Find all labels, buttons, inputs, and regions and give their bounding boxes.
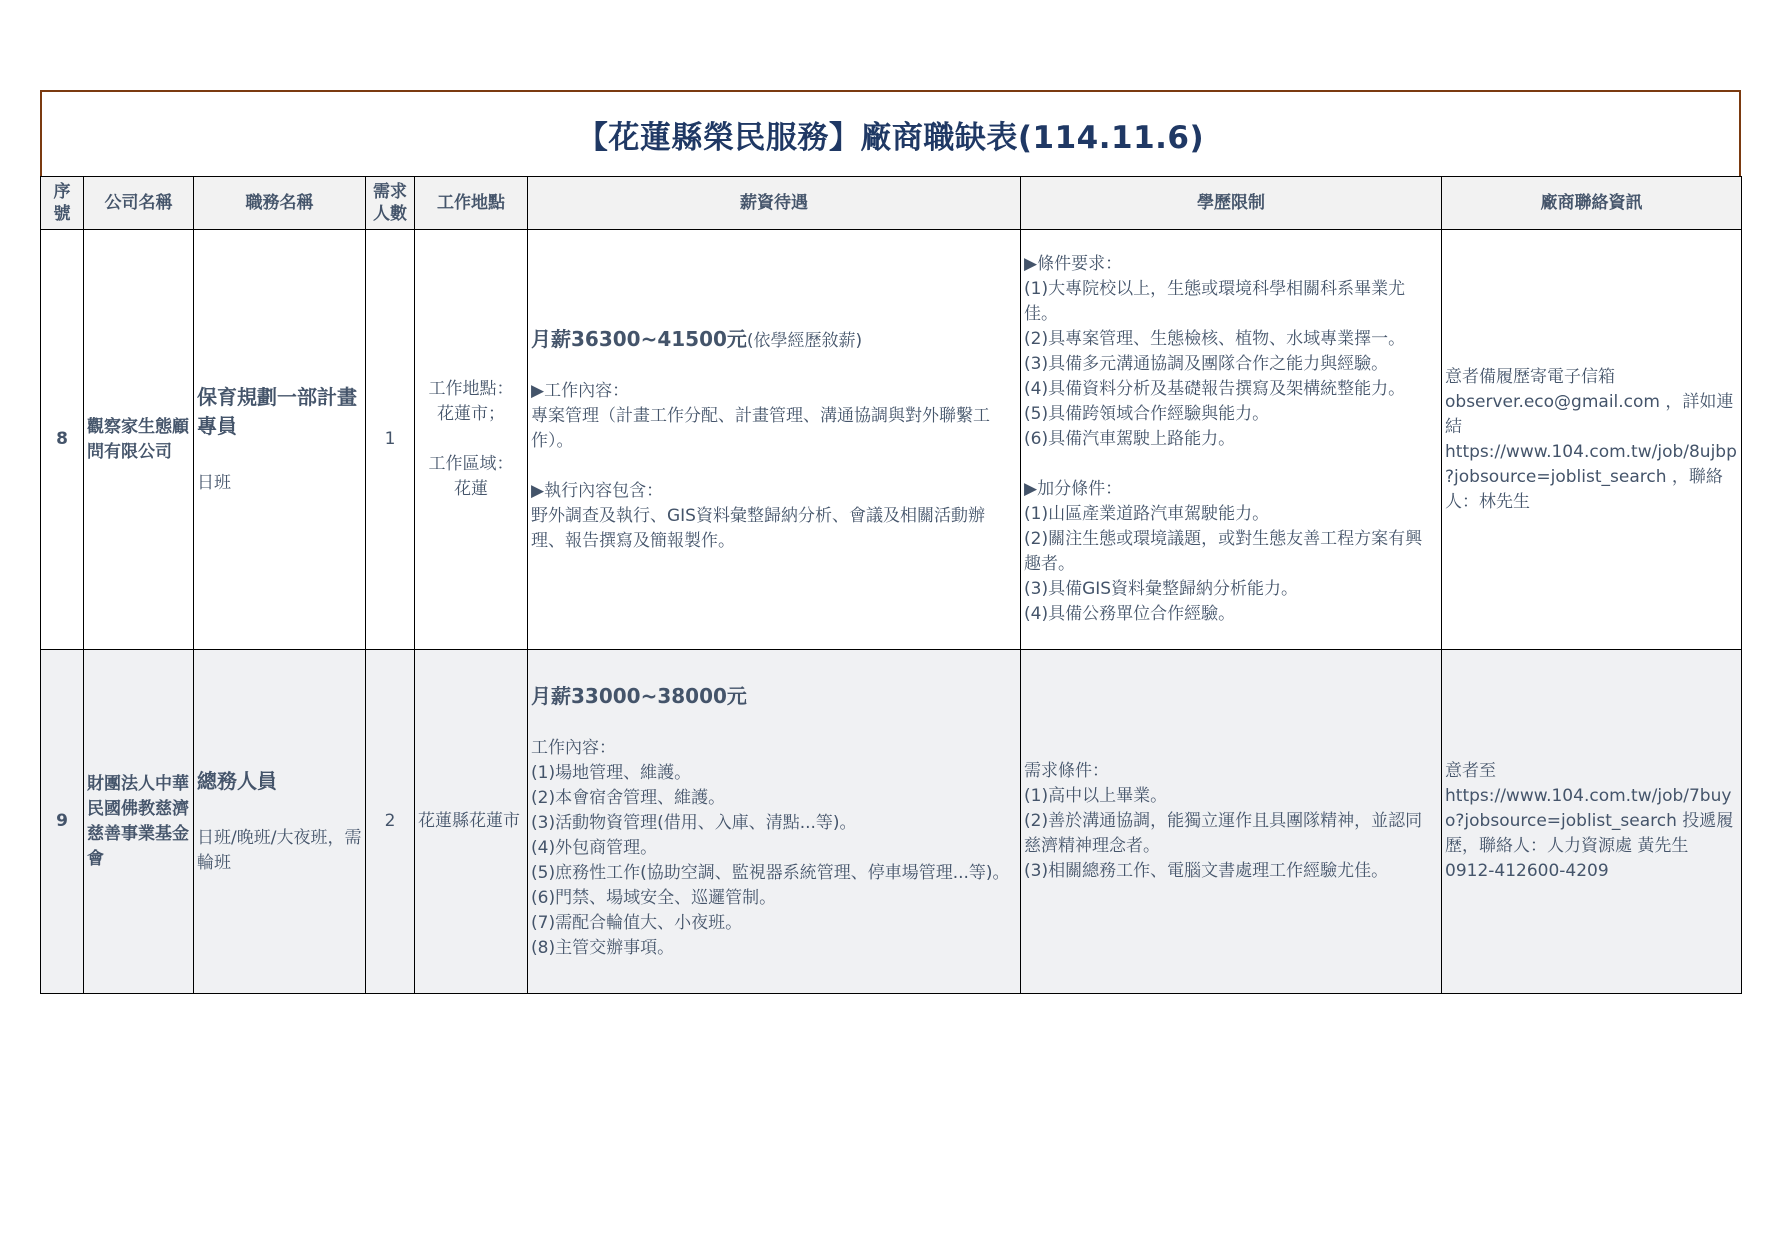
cell-contact: 意者至 https://www.104.com.tw/job/7buyo?job… <box>1442 650 1742 994</box>
header-contact: 廠商聯絡資訊 <box>1442 177 1742 230</box>
table-row: 9 財團法人中華民國佛教慈濟慈善事業基金會 總務人員 日班/晚班/大夜班，需輪班… <box>41 650 1742 994</box>
header-company: 公司名稱 <box>84 177 194 230</box>
header-row: 序號 公司名稱 職務名稱 需求人數 工作地點 薪資待遇 學歷限制 廠商聯絡資訊 <box>41 177 1742 230</box>
header-headcount: 需求人數 <box>366 177 415 230</box>
cell-no: 8 <box>41 230 84 650</box>
cell-education: 需求條件： (1)高中以上畢業。 (2)善於溝通協調，能獨立運作且具團隊精神，並… <box>1021 650 1442 994</box>
cell-salary: 月薪36300~41500元(依學經歷敘薪) ▶工作內容： 專案管理（計畫工作分… <box>528 230 1021 650</box>
job-vacancy-table: 序號 公司名稱 職務名稱 需求人數 工作地點 薪資待遇 學歷限制 廠商聯絡資訊 … <box>40 176 1742 994</box>
job-title-text: 總務人員 <box>197 767 362 796</box>
header-salary: 薪資待遇 <box>528 177 1021 230</box>
cell-job-title: 保育規劃一部計畫專員 日班 <box>194 230 366 650</box>
table-row: 8 觀察家生態顧問有限公司 保育規劃一部計畫專員 日班 1 工作地點： 花蓮市；… <box>41 230 1742 650</box>
header-location: 工作地點 <box>415 177 528 230</box>
document-page: 【花蓮縣榮民服務】廠商職缺表(114.11.6) 序號 公司名稱 職務名稱 需求… <box>0 0 1782 1258</box>
job-title-text: 保育規劃一部計畫專員 <box>197 383 362 441</box>
title-banner: 【花蓮縣榮民服務】廠商職缺表(114.11.6) <box>40 90 1741 176</box>
page-title: 【花蓮縣榮民服務】廠商職缺表(114.11.6) <box>577 112 1204 157</box>
cell-location: 花蓮縣花蓮市 <box>415 650 528 994</box>
cell-education: ▶條件要求： (1)大專院校以上，生態或環境科學相關科系畢業尤佳。 (2)具專案… <box>1021 230 1442 650</box>
job-shift-text: 日班 <box>197 471 362 496</box>
cell-salary: 月薪33000~38000元 工作內容： (1)場地管理、維護。 (2)本會宿舍… <box>528 650 1021 994</box>
job-shift-text: 日班/晚班/大夜班，需輪班 <box>197 826 362 876</box>
cell-location: 工作地點： 花蓮市； 工作區域： 花蓮 <box>415 230 528 650</box>
cell-company: 財團法人中華民國佛教慈濟慈善事業基金會 <box>84 650 194 994</box>
salary-amount: 月薪36300~41500元 <box>531 327 747 351</box>
cell-headcount: 1 <box>366 230 415 650</box>
cell-no: 9 <box>41 650 84 994</box>
salary-amount: 月薪33000~38000元 <box>531 684 747 708</box>
salary-detail: ▶工作內容： 專案管理（計畫工作分配、計畫管理、溝通協調與對外聯繫工作）。 ▶執… <box>531 379 1017 554</box>
salary-note: (依學經歷敘薪) <box>747 331 862 351</box>
header-job-title: 職務名稱 <box>194 177 366 230</box>
cell-contact: 意者備履歷寄電子信箱 observer.eco@gmail.com ，詳如連結 … <box>1442 230 1742 650</box>
cell-company: 觀察家生態顧問有限公司 <box>84 230 194 650</box>
cell-headcount: 2 <box>366 650 415 994</box>
header-education: 學歷限制 <box>1021 177 1442 230</box>
header-no: 序號 <box>41 177 84 230</box>
salary-detail: 工作內容： (1)場地管理、維護。 (2)本會宿舍管理、維護。 (3)活動物資管… <box>531 736 1017 961</box>
cell-job-title: 總務人員 日班/晚班/大夜班，需輪班 <box>194 650 366 994</box>
